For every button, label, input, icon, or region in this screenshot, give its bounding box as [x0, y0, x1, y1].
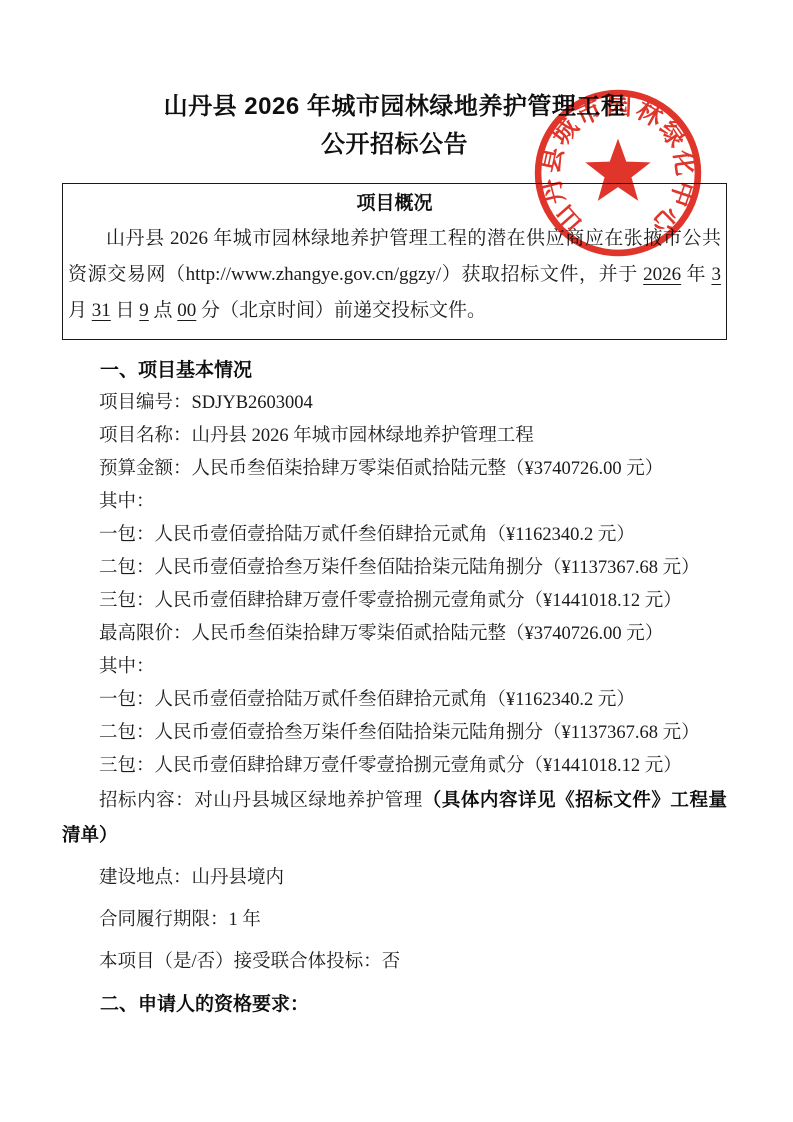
package-3-budget-line: 三包：人民币壹佰肆拾肆万壹仟零壹拾捌元壹角贰分（¥1441018.12 元）: [62, 585, 727, 618]
overview-text-3: 月: [68, 300, 92, 321]
document-page: 山丹县 2026 年城市园林绿地养护管理工程 公开招标公告 项目概况 山丹县 2…: [0, 0, 793, 1122]
tender-content-line: 招标内容：对山丹县城区绿地养护管理（具体内容详见《招标文件》工程量清单）: [62, 783, 727, 853]
overview-year-underlined: 2026: [643, 264, 681, 285]
overview-day-underlined: 31: [92, 300, 111, 321]
overview-heading: 项目概况: [68, 189, 721, 219]
overview-text-4: 日: [111, 300, 140, 321]
title-line-2: 公开招标公告: [62, 126, 727, 164]
package-2-max-line: 二包：人民币壹佰壹拾叁万柒仟叁佰陆拾柒元陆角捌分（¥1137367.68 元）: [62, 717, 727, 750]
budget-amount-line: 预算金额：人民币叁佰柒拾肆万零柒佰贰拾陆元整（¥3740726.00 元）: [62, 453, 727, 486]
overview-box: 项目概况 山丹县 2026 年城市园林绿地养护管理工程的潜在供应商应在张掖市公共…: [62, 183, 727, 340]
page-title: 山丹县 2026 年城市园林绿地养护管理工程 公开招标公告: [62, 88, 727, 164]
package-1-budget-line: 一包：人民币壹佰壹拾陆万贰仟叁佰肆拾元贰角（¥1162340.2 元）: [62, 519, 727, 552]
project-number-line: 项目编号：SDJYB2603004: [62, 387, 727, 420]
package-2-budget-line: 二包：人民币壹佰壹拾叁万柒仟叁佰陆拾柒元陆角捌分（¥1137367.68 元）: [62, 552, 727, 585]
project-name-line: 项目名称：山丹县 2026 年城市园林绿地养护管理工程: [62, 420, 727, 453]
overview-text-5: 点: [149, 300, 178, 321]
overview-text-1: 山丹县 2026 年城市园林绿地养护管理工程的潜在供应商应在张掖市公共资源交易网…: [68, 228, 721, 285]
overview-hour-underlined: 9: [139, 300, 149, 321]
overview-month-underlined: 3: [711, 264, 721, 285]
overview-text-6: 分（北京时间）前递交投标文件。: [196, 300, 486, 321]
main-content: 一、项目基本情况 项目编号：SDJYB2603004 项目名称：山丹县 2026…: [62, 354, 727, 1021]
section-1-heading: 一、项目基本情况: [62, 354, 727, 387]
contract-term-line: 合同履行期限：1 年: [62, 904, 727, 937]
consortium-bid-line: 本项目（是/否）接受联合体投标：否: [62, 946, 727, 979]
overview-minute-underlined: 00: [177, 300, 196, 321]
max-price-line: 最高限价：人民币叁佰柒拾肆万零柒佰贰拾陆元整（¥3740726.00 元）: [62, 618, 727, 651]
package-1-max-line: 一包：人民币壹佰壹拾陆万贰仟叁佰肆拾元贰角（¥1162340.2 元）: [62, 684, 727, 717]
tender-content-text: 招标内容：对山丹县城区绿地养护管理: [99, 791, 423, 811]
section-2-heading: 二、申请人的资格要求：: [62, 988, 727, 1021]
title-line-1: 山丹县 2026 年城市园林绿地养护管理工程: [62, 88, 727, 126]
package-3-max-line: 三包：人民币壹佰肆拾肆万壹仟零壹拾捌元壹角贰分（¥1441018.12 元）: [62, 750, 727, 783]
among-which-line-2: 其中：: [62, 651, 727, 684]
overview-text-2: 年: [681, 264, 711, 285]
overview-paragraph: 山丹县 2026 年城市园林绿地养护管理工程的潜在供应商应在张掖市公共资源交易网…: [68, 221, 721, 329]
among-which-line: 其中：: [62, 486, 727, 519]
construction-site-line: 建设地点：山丹县境内: [62, 862, 727, 895]
